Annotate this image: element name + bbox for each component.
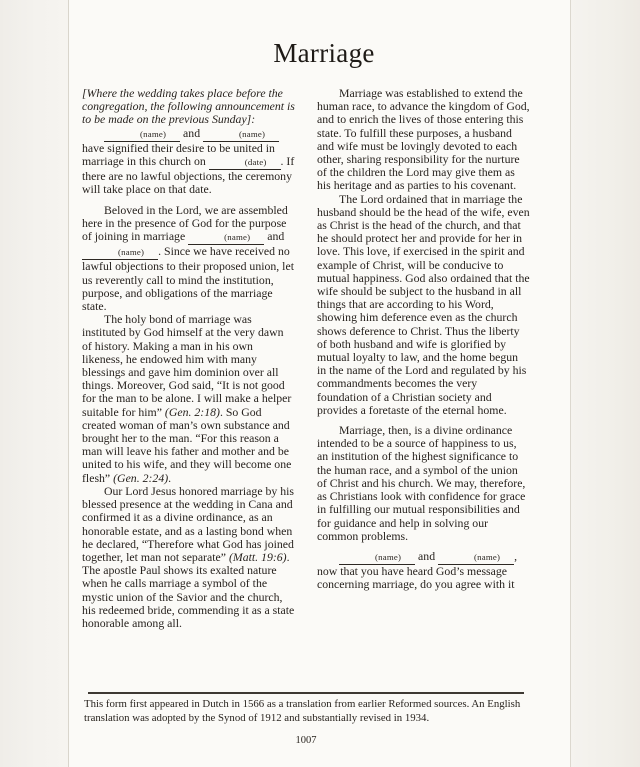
blank-label: (name): [474, 552, 500, 562]
ordained-paragraph: The Lord ordained that in marriage the h…: [317, 193, 530, 417]
footnote-text: This form first appeared in Dutch in 156…: [84, 698, 524, 725]
blank-label: (date): [245, 157, 267, 167]
right-column: Marriage was established to extend the h…: [317, 87, 530, 630]
blank-label: (name): [118, 247, 144, 257]
body-text: The holy bond of marriage was instituted…: [82, 312, 291, 418]
blank-label: (name): [375, 552, 401, 562]
italic-text: (Gen. 2:18): [165, 405, 220, 419]
beloved-paragraph: Beloved in the Lord, we are assembled he…: [82, 204, 295, 314]
footnote-divider: [88, 692, 524, 694]
italic-text: (Matt. 19:6): [229, 550, 287, 564]
page-title: Marriage: [100, 38, 548, 69]
body-text: Marriage, then, is a divine ordinance in…: [317, 423, 525, 543]
italic-text: (Gen. 2:24): [113, 471, 168, 485]
divine-ordinance-paragraph: Marriage, then, is a divine ordinance in…: [317, 424, 530, 543]
body-text: The Lord ordained that in marriage the h…: [317, 192, 530, 417]
scanned-book-page: { "title": "Marriage", "page_number": "1…: [0, 0, 640, 767]
announcement-paragraph: (name) and (name) have signified their d…: [82, 127, 295, 197]
two-column-text: [Where the wedding takes place before th…: [82, 87, 530, 630]
name-blank: (name): [188, 230, 264, 245]
body-text: and: [180, 126, 203, 140]
body-text: and: [264, 229, 284, 243]
name-blank: (name): [203, 127, 279, 142]
blank-label: (name): [140, 129, 166, 139]
established-paragraph: Marriage was established to extend the h…: [317, 87, 530, 193]
rubric-paragraph: [Where the wedding takes place before th…: [82, 87, 295, 127]
name-blank: (name): [339, 550, 415, 565]
name-blank: (name): [82, 245, 158, 260]
our-lord-paragraph: Our Lord Jesus honored marriage by his b…: [82, 485, 295, 630]
footnote-section: This form first appeared in Dutch in 156…: [82, 692, 530, 746]
question-paragraph: (name) and (name), now that you have hea…: [317, 550, 530, 592]
holy-bond-paragraph: The holy bond of marriage was instituted…: [82, 313, 295, 485]
scan-margin-right: [570, 0, 640, 767]
left-column: [Where the wedding takes place before th…: [82, 87, 295, 630]
name-blank: (name): [104, 127, 180, 142]
page-number: 1007: [82, 735, 530, 746]
body-text: .: [168, 471, 171, 485]
name-blank: (name): [438, 550, 514, 565]
blank-label: (name): [224, 232, 250, 242]
body-text: Marriage was established to extend the h…: [317, 86, 530, 192]
italic-text: [Where the wedding takes place before th…: [82, 86, 295, 126]
body-text: and: [415, 549, 438, 563]
page-content: Marriage [Where the wedding takes place …: [82, 38, 530, 630]
scan-margin-left: [0, 0, 69, 767]
blank-label: (name): [239, 129, 265, 139]
date-blank: (date): [209, 155, 281, 170]
